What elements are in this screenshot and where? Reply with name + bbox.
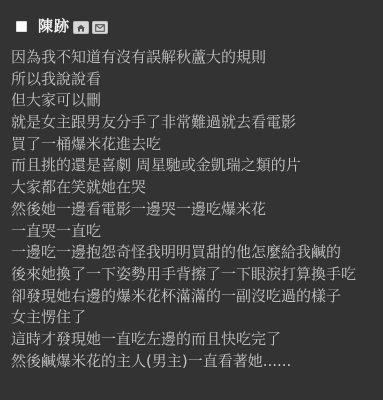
content-line: 這時才發現她一直吃左邊的而且快吃完了 xyxy=(11,329,379,351)
select-checkbox[interactable] xyxy=(16,21,27,32)
mail-icon[interactable] xyxy=(92,21,108,34)
content-line: 大家都在笑就她在哭 xyxy=(11,177,379,199)
content-line: 因為我不知道有沒有誤解秋蘆大的規則 xyxy=(11,47,379,69)
content-line: 一直哭一直吃 xyxy=(11,221,379,243)
content-line: 一邊吃一邊抱怨奇怪我明明買甜的他怎麼給我鹹的 xyxy=(11,242,379,264)
content-line: 而且挑的還是喜劇 周星馳或金凱瑞之類的片 xyxy=(11,155,379,177)
content-line: 然後鹹爆米花的主人(男主)一直看著她...... xyxy=(11,351,379,373)
content-line: 女主愣住了 xyxy=(11,307,379,329)
content-line: 然後她一邊看電影一邊哭一邊吃爆米花 xyxy=(11,199,379,221)
content-line: 所以我說說看 xyxy=(11,69,379,91)
post-header: 陳跡 xyxy=(15,16,108,36)
content-line: 買了一桶爆米花進去吃 xyxy=(11,134,379,156)
post-content: 因為我不知道有沒有誤解秋蘆大的規則 所以我說說看 但大家可以刪 就是女主跟男友分… xyxy=(11,47,379,372)
post-container: 陳跡 因為我不知道有沒有誤解秋蘆大的規則 所以我說說看 但大家可以刪 就是女主跟… xyxy=(0,0,383,400)
content-line: 卻發現她右邊的爆米花杯滿滿的一副沒吃過的樣子 xyxy=(11,286,379,308)
author-name[interactable]: 陳跡 xyxy=(38,16,70,36)
home-icon[interactable] xyxy=(73,21,89,34)
content-line: 後來她換了一下姿勢用手背擦了一下眼淚打算換手吃 xyxy=(11,264,379,286)
content-line: 就是女主跟男友分手了非常難過就去看電影 xyxy=(11,112,379,134)
content-line: 但大家可以刪 xyxy=(11,90,379,112)
